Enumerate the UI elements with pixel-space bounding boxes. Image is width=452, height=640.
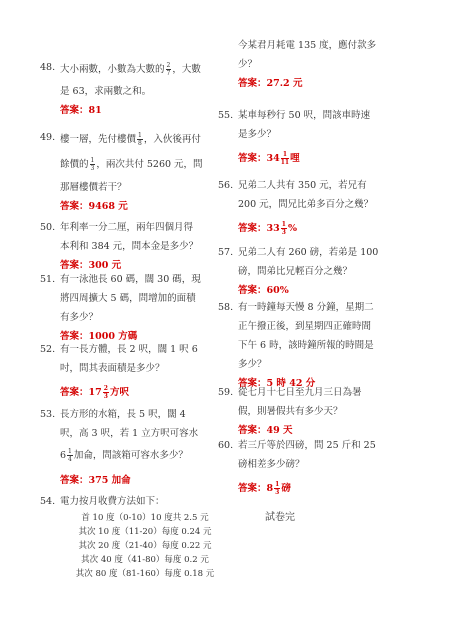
- fraction: 27: [166, 62, 172, 77]
- rate-row: 首 10 度（0-10）10 度共 2.5 元: [60, 511, 230, 525]
- answer: 答案：3313%: [238, 214, 373, 244]
- question-50: 50. 年利率一分二厘，兩年四個月得 本利和 384 元，問本金是多少？ 答案：…: [60, 218, 198, 275]
- question-52: 52. 有一長方體，長 2 呎，闊 1 呎 6 吋，問其表面積是多少？ 答案：1…: [60, 340, 198, 408]
- end-of-paper: 試卷完: [265, 508, 295, 523]
- answer: 答案：1723方呎: [60, 378, 198, 408]
- question-56: 56. 兄弟二人共有 350 元，若兄有 200 元，問兄比弟多百分之幾？ 答案…: [238, 176, 373, 244]
- question-58: 58. 有一時鐘每天慢 8 分鐘，星期二 正午撥正後，到星期四正確時間 下午 6…: [238, 298, 374, 393]
- question-48: 48. 大小兩數，小數為大數的27，大數 是 63，求兩數之和。 答案：81: [60, 58, 201, 120]
- rate-row: 其次 40 度（41-80）每度 0.2 元: [60, 553, 230, 567]
- question-51: 51. 有一泳池長 60 碼，闊 30 碼，現 將四周擴大 5 碼，問增加的面積…: [60, 270, 201, 346]
- answer: 答案：34111哩: [238, 144, 370, 174]
- fraction: 14: [67, 448, 73, 463]
- question-55: 55. 某車每秒行 50 呎，問該車時速 是多少？ 答案：34111哩: [238, 106, 370, 174]
- rate-row: 其次 80 度（81-160）每度 0.18 元: [60, 567, 230, 581]
- rate-row: 其次 20 度（21-40）每度 0.22 元: [60, 539, 230, 553]
- question-49: 49. 樓一層，先付樓價18，入伙後再付 餘價的13，兩次共付 5260 元，問…: [60, 128, 203, 216]
- answer: 答案：27.2 元: [238, 74, 376, 93]
- rate-row: 其次 10 度（11-20）每度 0.24 元: [60, 525, 230, 539]
- question-54-cont: 今某君月耗電 135 度，應付款多 少？ 答案：27.2 元: [238, 36, 376, 93]
- answer: 答案：9468 元: [60, 197, 203, 216]
- answer: 答案：81: [60, 101, 201, 120]
- answer: 答案：813磅: [238, 474, 376, 504]
- answer: 答案：375 加侖: [60, 469, 198, 493]
- fraction: 13: [90, 157, 96, 172]
- fraction: 18: [137, 132, 143, 147]
- question-59: 59. 從七月十七日至九月三日為暑 假，則暑假共有多少天？ 答案：49 天: [238, 383, 362, 440]
- question-54: 54. 電力按月收費方法如下： 首 10 度（0-10）10 度共 2.5 元 …: [60, 492, 230, 581]
- question-57: 57. 兄弟二人有 260 磅，若弟是 100 磅，問弟比兄輕百分之幾？ 答案：…: [238, 243, 378, 300]
- question-53: 53. 長方形的水箱，長 5 呎，闊 4 呎，高 3 呎，若 1 立方呎可容水 …: [60, 405, 198, 493]
- question-60: 60. 若三斤等於四磅，問 25 斤和 25 磅相差多少磅？ 答案：813磅: [238, 436, 376, 504]
